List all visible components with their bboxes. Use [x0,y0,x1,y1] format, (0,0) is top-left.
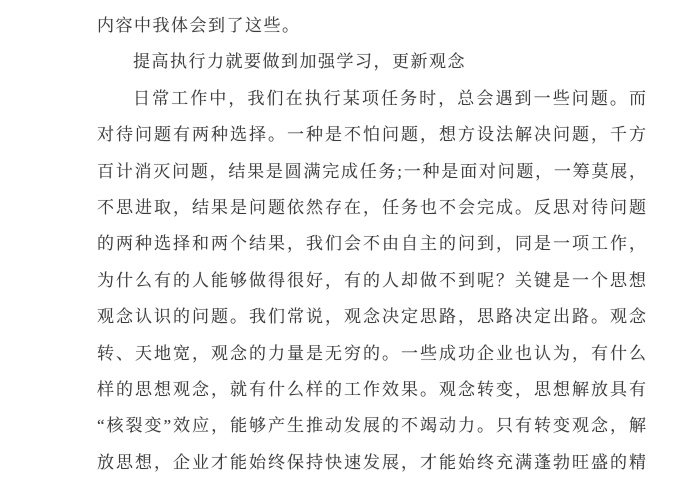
paragraph-line: 为什么有的人能够做得很好，有的人却做不到呢？关键是一个思想 [97,263,646,299]
document-text-block: 内容中我体会到了这些。 提高执行力就要做到加强学习，更新观念 日常工作中，我们在… [97,8,646,470]
paragraph-line: 样的思想观念，就有什么样的工作效果。观念转变，思想解放具有 [97,372,646,408]
paragraph-line: 提高执行力就要做到加强学习，更新观念 [97,44,646,80]
paragraph-line: “核裂变”效应，能够产生推动发展的不竭动力。只有转变观念，解 [97,408,646,444]
paragraph-line: 观念认识的问题。我们常说，观念决定思路，思路决定出路。观念 [97,299,646,335]
paragraph-line: 内容中我体会到了这些。 [97,8,646,44]
paragraph-line: 不思进取，结果是问题依然存在，任务也不会完成。反思对待问题 [97,190,646,226]
paragraph-line: 转、天地宽，观念的力量是无穷的。一些成功企业也认为，有什么 [97,336,646,372]
paragraph-line-clipped: 放思想，企业才能始终保持快速发展，才能始终充满蓬勃旺盛的精 [97,445,646,470]
document-page: 内容中我体会到了这些。 提高执行力就要做到加强学习，更新观念 日常工作中，我们在… [0,0,700,470]
paragraph-line: 日常工作中，我们在执行某项任务时，总会遇到一些问题。而 [97,81,646,117]
paragraph-line: 百计消灭问题，结果是圆满完成任务;一种是面对问题，一筹莫展， [97,154,646,190]
paragraph-line: 对待问题有两种选择。一种是不怕问题，想方设法解决问题，千方 [97,117,646,153]
paragraph-line: 的两种选择和两个结果，我们会不由自主的问到，同是一项工作， [97,226,646,262]
